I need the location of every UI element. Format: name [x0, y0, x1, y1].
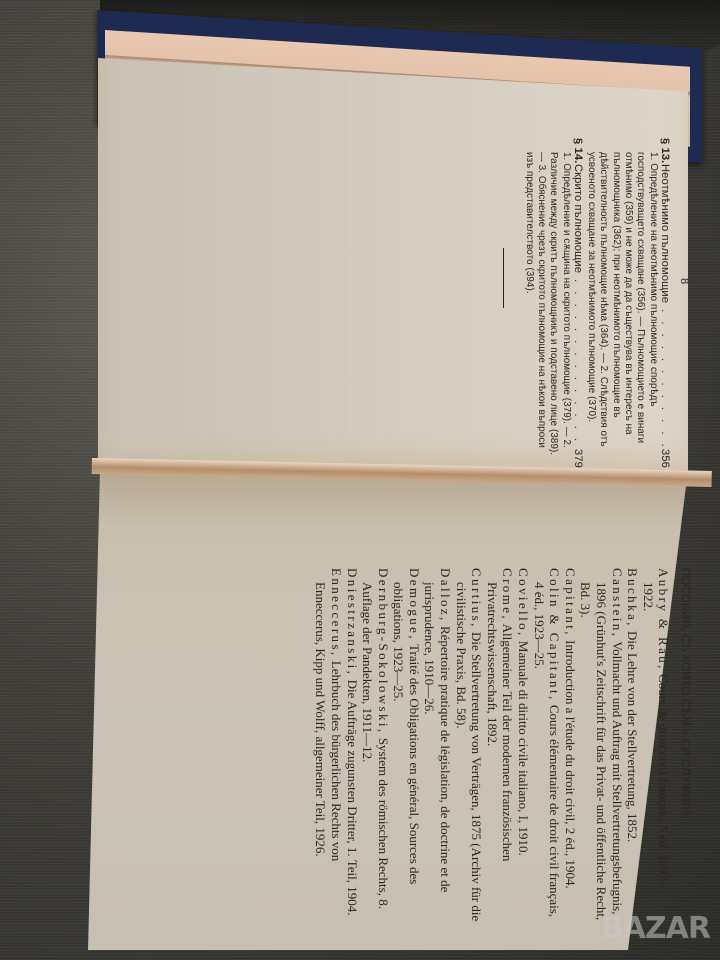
section-page: 356 [659, 446, 672, 468]
bib-text: Manuale di diritto civile italiano, I, 1… [516, 638, 531, 856]
bib-text: Die Aufträge zugunsten Dritter, 1. Teil,… [345, 676, 360, 915]
bib-item: Buchka, Die Lehre von der Stellvertretun… [625, 568, 641, 922]
toc-entry: § 14. Скрито пълномощие . . . . . . . . … [522, 138, 584, 468]
bib-item: Dalloz, Répertoire pratique de législati… [422, 568, 453, 922]
bib-author: Dalloz, [438, 568, 453, 623]
toc-block: 8 § 13. Неотмѣнимо пълномощие . . . . . … [503, 138, 690, 468]
bib-text: Répertoire pratique de législation, de d… [423, 582, 454, 892]
bib-item: Demogue, Traité des Obligations en génér… [391, 568, 422, 922]
bib-text: Die Stellvertretung von Verträgen, 1875 … [454, 582, 485, 921]
bib-author: Dniestrzanski, [345, 568, 360, 676]
bibliography-block: ПОСОБИЯ, СЪ КОИТО СЪМЪ СИ СЛУЖИЛЪ : Aubr… [313, 568, 692, 898]
bib-item: Dniestrzanski, Die Aufträge zugunsten Dr… [344, 568, 360, 922]
bib-author: Colin & Capitant, [547, 568, 562, 702]
bib-author: Canstein, [610, 568, 625, 638]
bib-item: Capitant, Introduction a l'étude du droi… [562, 568, 578, 922]
bib-author: Enneccerus, [329, 568, 344, 658]
bib-author: Dernburg-Sokolowski, [376, 568, 391, 735]
bib-author: Coviello, [516, 568, 531, 638]
bib-item: Canstein, Vollmacht und Auftrag mit Stel… [578, 568, 625, 922]
bib-item: Enneccerus, Lehrbuch des bürgerlichen Re… [313, 568, 344, 922]
bib-item: Coviello, Manuale di diritto civile ital… [515, 568, 531, 922]
leader-dots: . . . . . . . . . . . . . . . . . [659, 303, 672, 446]
section-page: 379 [572, 446, 585, 468]
bibliography-heading: ПОСОБИЯ, СЪ КОИТО СЪМЪ СИ СЛУЖИЛЪ : [676, 568, 692, 898]
bib-author: Curtius, [469, 568, 484, 629]
toc-entry: § 13. Неотмѣнимо пълномощие . . . . . . … [584, 138, 671, 468]
section-number: § 13. [659, 138, 672, 164]
bib-item: Aubry & Rau, Cours de droit civil frança… [640, 568, 671, 922]
page-number: 8 [677, 278, 690, 468]
bib-item: Curtius, Die Stellvertretung von Verträg… [453, 568, 484, 922]
bib-text: Introduction a l'étude du droit civil, 2… [563, 637, 578, 889]
section-summary: 1. Опредѣление на неотмѣнимо пълномощие … [584, 152, 658, 462]
bib-author: Demogue, [407, 568, 422, 641]
section-summary: 1. Опредѣление и сѫщина на скритото пълн… [522, 152, 572, 462]
bib-item: Crome, Allgemeiner Teil der modernen fra… [484, 568, 515, 922]
section-title: Неотмѣнимо пълномощие [659, 164, 672, 303]
bib-text: Allgemeiner Teil der modernen französisc… [485, 582, 516, 861]
bib-item: Colin & Capitant, Cours élémentaire de d… [531, 568, 562, 922]
section-title: Скрито пълномощие [572, 164, 585, 273]
bib-author: Aubry & Rau, [656, 568, 671, 671]
section-number: § 14. [572, 138, 585, 164]
watermark-logo: BAZAR [601, 911, 710, 946]
bib-author: Capitant, [563, 568, 578, 637]
bib-author: Buchka, [625, 568, 640, 628]
leader-dots: . . . . . . . . . . . . . . . . . . [572, 273, 585, 446]
bib-item: Dernburg-Sokolowski, System des römische… [360, 568, 391, 922]
bib-text: Die Lehre von der Stellvertretung, 1852. [625, 628, 640, 842]
closing-rule [503, 248, 504, 308]
bib-author: Crome, [500, 568, 515, 621]
